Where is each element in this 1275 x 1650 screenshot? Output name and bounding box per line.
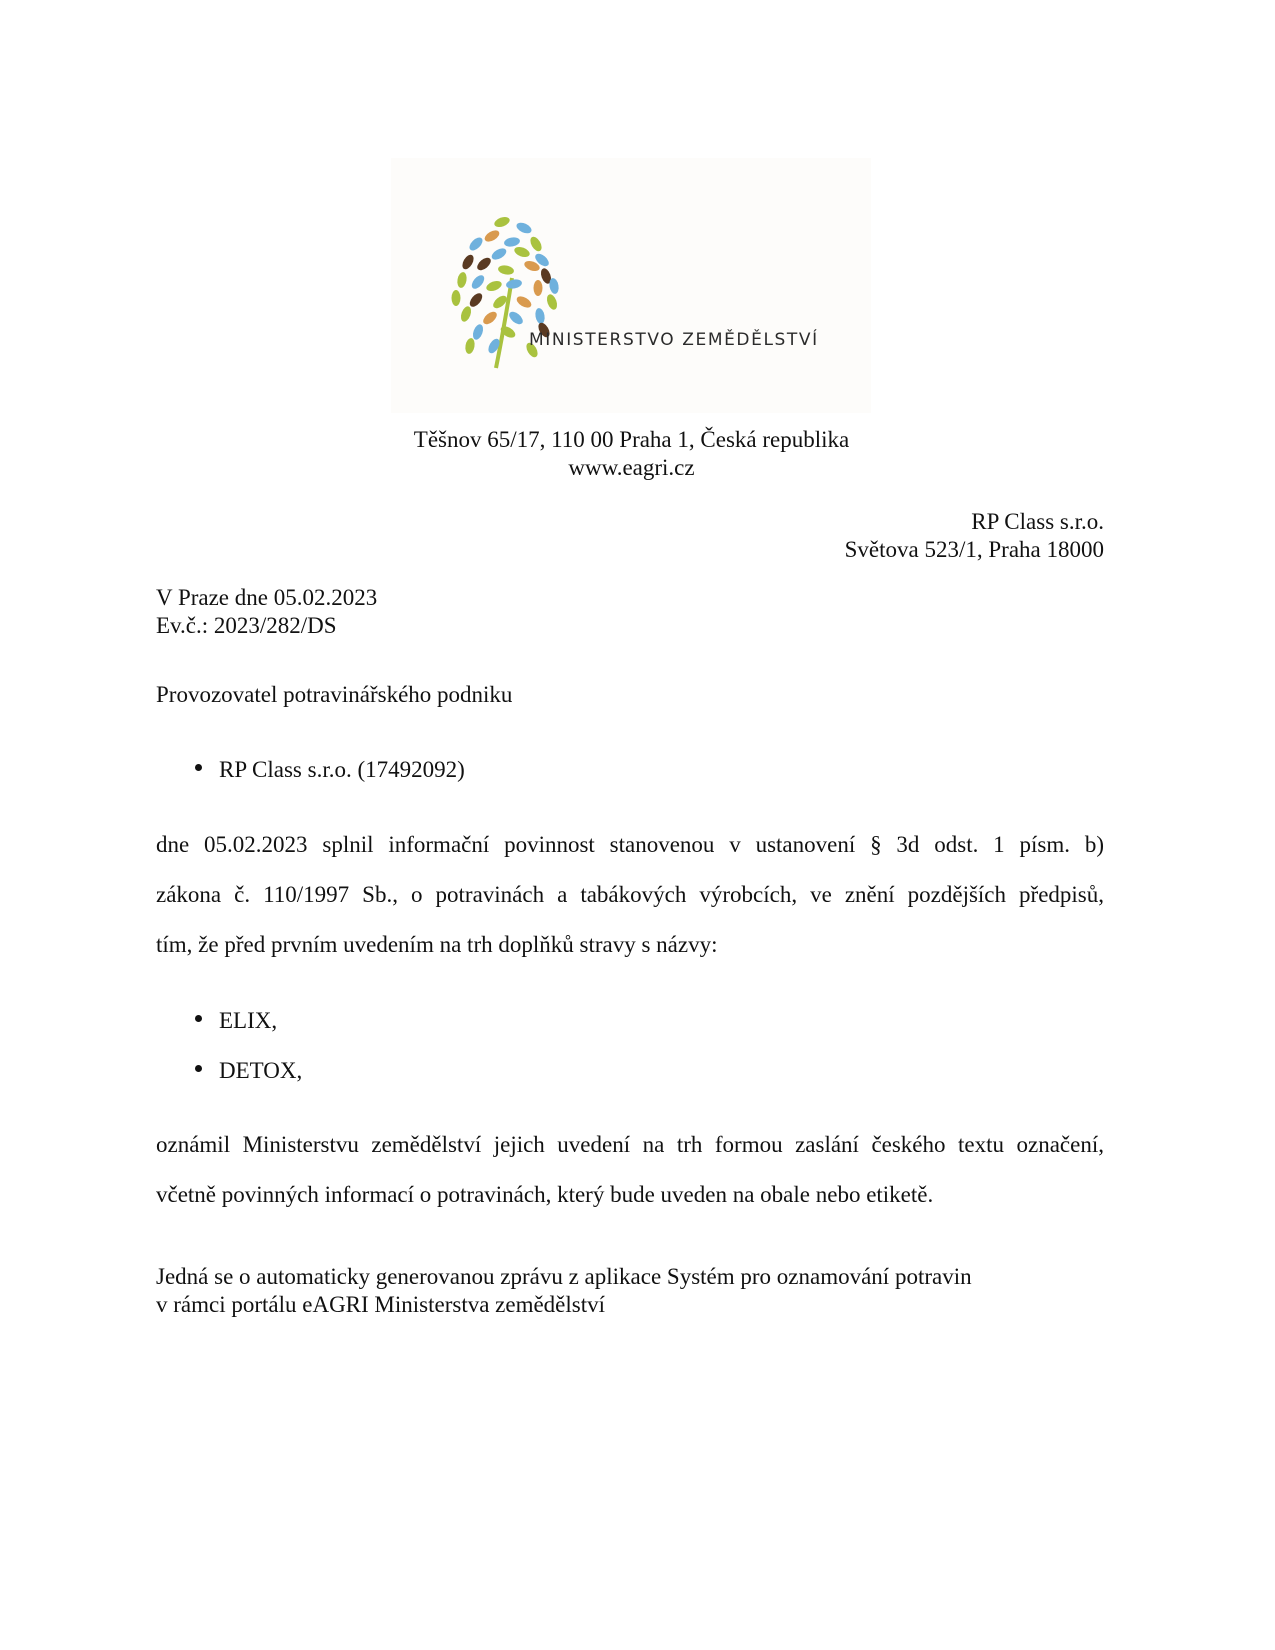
reference-number: Ev.č.: 2023/282/DS [156, 614, 337, 637]
recipient-address: Světova 523/1, Praha 18000 [845, 538, 1104, 561]
logo-text: MINISTERSTVO ZEMĚDĚLSTVÍ [529, 330, 819, 350]
paragraph1-line: zákona č. 110/1997 Sb., o potravinách a … [156, 883, 1104, 906]
ministry-address: Těšnov 65/17, 110 00 Praha 1, Česká repu… [0, 428, 1263, 451]
paragraph1-line: dne 05.02.2023 splnil informační povinno… [156, 833, 1104, 856]
paragraph2-line: včetně povinných informací o potravinách… [156, 1183, 933, 1206]
product-item: DETOX, [219, 1059, 302, 1082]
ministry-logo: MINISTERSTVO ZEMĚDĚLSTVÍ [391, 158, 871, 413]
bullet-icon [195, 1065, 202, 1072]
paragraph2-line: oznámil Ministerstvu zemědělství jejich … [156, 1133, 1104, 1156]
footer-line: Jedná se o automaticky generovanou zpráv… [156, 1265, 972, 1288]
bullet-icon [195, 764, 202, 771]
product-item: ELIX, [219, 1009, 277, 1032]
operator-item: RP Class s.r.o. (17492092) [219, 758, 465, 781]
recipient-name: RP Class s.r.o. [971, 510, 1104, 533]
bullet-icon [195, 1015, 202, 1022]
place-date: V Praze dne 05.02.2023 [156, 586, 377, 609]
footer-line: v rámci portálu eAGRI Ministerstva zeměd… [156, 1293, 605, 1316]
paragraph1-line: tím, že před prvním uvedením na trh dopl… [156, 933, 717, 956]
operator-heading: Provozovatel potravinářského podniku [156, 683, 512, 706]
ministry-website[interactable]: www.eagri.cz [0, 456, 1263, 479]
